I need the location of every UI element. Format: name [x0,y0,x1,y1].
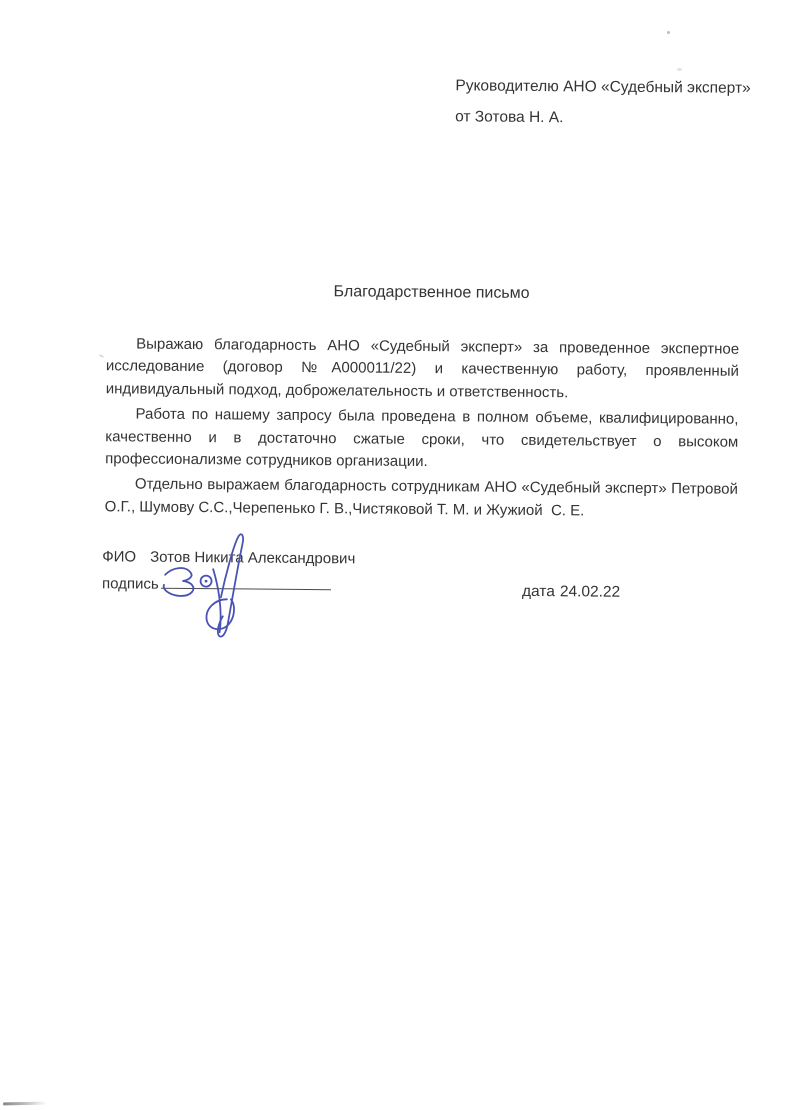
letter-title: Благодарственное письмо [107,281,757,305]
date-value: 24.02.22 [560,583,620,601]
signature-label: подпись [102,575,159,592]
letter-header: Руководителю АНО «Судебный эксперт» от З… [455,76,751,129]
sender-line: от Зотова Н. А. [455,107,750,129]
body-paragraph: Отдельно выражаем благодарность сотрудни… [105,474,738,524]
date-row: дата24.02.22 [522,583,620,602]
letter-content: Руководителю АНО «Судебный эксперт» от З… [0,0,787,1110]
scanned-letter-page: { "colors": { "ink_blue": "#4a53b4" }, "… [0,0,787,1110]
fio-label: ФИО [102,548,136,565]
body-paragraph: Работа по нашему запросу была проведена … [105,403,739,476]
recipient-line: Руководителю АНО «Судебный эксперт» [455,76,750,98]
scan-speck [667,31,670,34]
letter-body: Выражаю благодарность АНО «Судебный эксп… [105,333,740,527]
scan-speck [677,68,682,71]
body-paragraph: Выражаю благодарность АНО «Судебный эксп… [106,333,740,406]
date-label: дата [522,583,555,600]
handwritten-signature-icon [161,529,262,645]
